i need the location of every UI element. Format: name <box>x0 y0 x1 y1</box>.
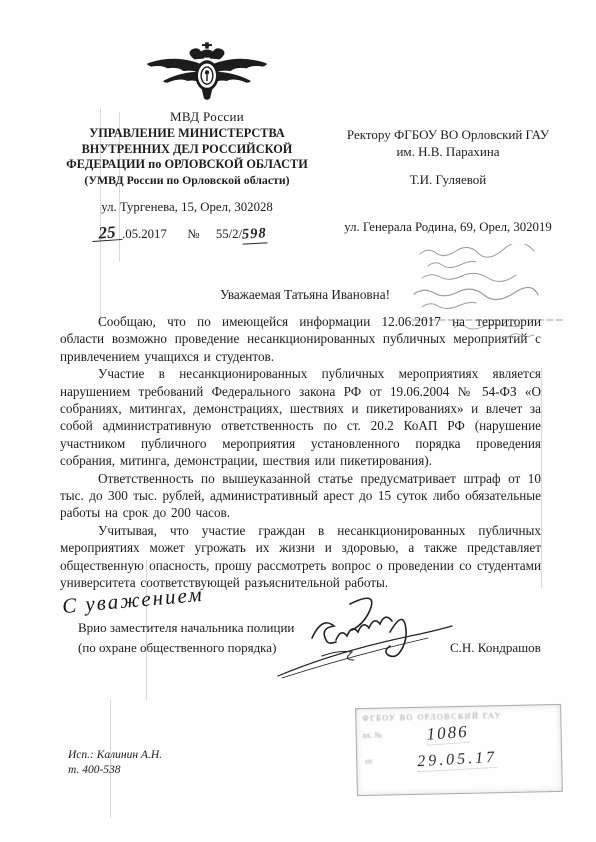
executor-phone: т. 400-538 <box>68 763 162 778</box>
paragraph: Ответственность по вышеуказанной статье … <box>60 470 541 522</box>
recipient-org-line1: Ректору ФГБОУ ВО Орловский ГАУ <box>322 126 574 143</box>
sender-org-line: УПРАВЛЕНИЕ МИНИСТЕРСТВА <box>56 126 318 142</box>
double-headed-eagle-icon <box>144 42 270 102</box>
mvd-emblem-block: МВД России <box>142 42 272 125</box>
paragraph: Сообщаю, что по имеющейся информации 12.… <box>60 313 541 365</box>
stamp-handwritten-number: 1086 <box>426 722 469 746</box>
paragraph: Учитывая, что участие граждан в несанкци… <box>60 522 541 592</box>
registration-stamp: ФГБОУ ВО ОРЛОВСКИЙ ГАУ вх. № от 1086 29.… <box>355 704 563 796</box>
recipient-address: ул. Генерала Родина, 69, Орел, 302019 <box>322 220 574 235</box>
signer-name: С.Н. Кондрашов <box>450 640 541 656</box>
emblem-caption: МВД России <box>142 109 272 125</box>
sender-address: ул. Тургенева, 15, Орел, 302028 <box>56 200 318 215</box>
recipient-person: Т.И. Гуляевой <box>322 172 574 188</box>
handwritten-day: 25 <box>92 225 123 242</box>
date-number-line: 25.05.2017 № 55/2/598 <box>92 226 332 244</box>
executor-name: Исп.: Калинин А.Н. <box>68 748 162 763</box>
sender-org-line: ВНУТРЕННИХ ДЕЛ РОССИЙСКОЙ <box>56 142 318 158</box>
executor-block: Исп.: Калинин А.Н. т. 400-538 <box>68 748 162 778</box>
salutation: Уважаемая Татьяна Ивановна! <box>60 287 550 303</box>
sender-block: УПРАВЛЕНИЕ МИНИСТЕРСТВА ВНУТРЕННИХ ДЕЛ Р… <box>56 126 318 188</box>
printed-number: 55/2/ <box>216 227 242 241</box>
sender-org-line: ФЕДЕРАЦИИ по ОРЛОВСКОЙ ОБЛАСТИ <box>56 157 318 173</box>
letter-body: Сообщаю, что по имеющейся информации 12.… <box>60 313 541 592</box>
scan-artifact-line <box>541 368 542 588</box>
recipient-block: Ректору ФГБОУ ВО Орловский ГАУ им. Н.В. … <box>322 126 574 160</box>
scanned-letter-page: МВД России УПРАВЛЕНИЕ МИНИСТЕРСТВА ВНУТР… <box>0 0 596 842</box>
paragraph: Участие в несанкционированных публичных … <box>60 365 541 469</box>
handwritten-number: 598 <box>242 225 268 244</box>
number-sign: № <box>187 227 199 241</box>
printed-date: .05.2017 <box>122 227 167 241</box>
sender-org-short-name: (УМВД России по Орловской области) <box>56 173 318 188</box>
stamp-date-label: от <box>365 757 373 766</box>
recipient-org-line2: им. Н.В. Парахина <box>322 143 574 160</box>
stamp-handwritten-date: 29.05.17 <box>417 749 498 772</box>
stamp-incoming-label: вх. № <box>363 731 383 740</box>
stamp-header: ФГБОУ ВО ОРЛОВСКИЙ ГАУ <box>362 710 552 723</box>
signature-flourish <box>270 592 460 692</box>
